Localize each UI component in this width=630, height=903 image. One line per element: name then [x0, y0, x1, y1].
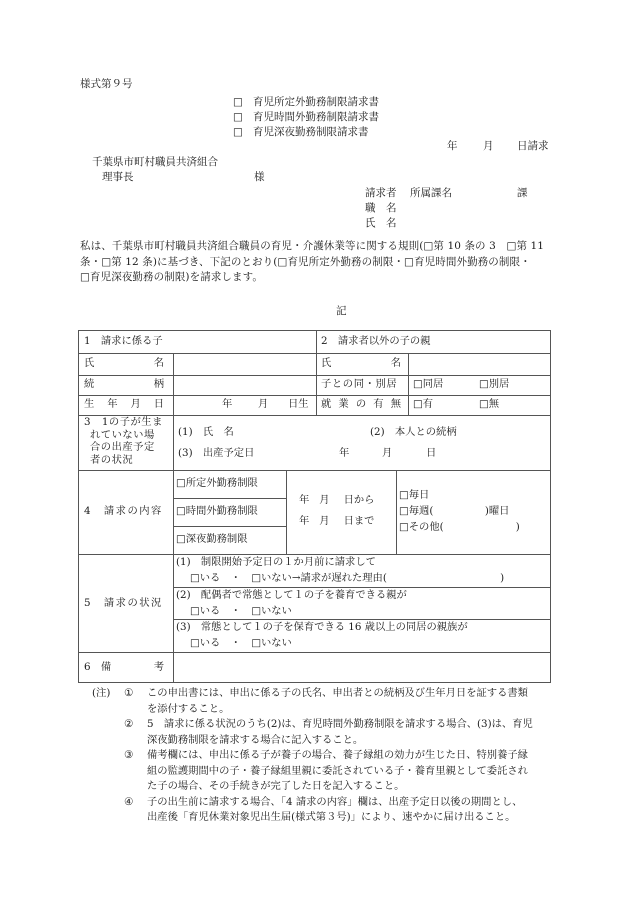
- due-date-year: 年: [339, 446, 349, 460]
- checkbox-icon[interactable]: □: [233, 125, 253, 139]
- note-marker: ①: [124, 686, 133, 702]
- period-from: 年月日から: [299, 493, 374, 507]
- frequency-daily[interactable]: □毎日: [399, 488, 429, 502]
- note-marker: ④: [124, 795, 133, 811]
- requester-label: 請求者: [365, 186, 397, 200]
- intro-paragraph: 私は、千葉県市町村職員共済組合職員の育児・介護休業等に関する規則(□第 10 条…: [80, 239, 560, 286]
- period-to: 年月日まで: [299, 514, 374, 528]
- remarks-field[interactable]: [174, 653, 549, 681]
- child-birthdate-label: 生年月日: [84, 397, 164, 411]
- position-label: 職 名: [365, 201, 397, 215]
- parent-name-label: 氏名: [321, 356, 401, 370]
- section2-heading: 2 請求者以外の子の親: [321, 334, 431, 348]
- due-date-day: 日: [426, 446, 436, 460]
- note-marker: ②: [124, 717, 133, 733]
- child-birthdate-field[interactable]: 年 月 日生: [174, 394, 313, 414]
- ki-heading: 記: [336, 303, 347, 318]
- status2-question: (2) 配偶者で常態として１の子を養育できる親が: [176, 588, 407, 602]
- type-option-night[interactable]: □深夜勤務制限: [176, 532, 248, 546]
- notes-prefix: (注): [92, 686, 110, 702]
- section1-heading: 1 請求に係る子: [84, 334, 163, 348]
- title-option-overtime-limit[interactable]: □育児所定外勤務制限請求書: [233, 95, 379, 109]
- note-marker: ③: [124, 748, 133, 764]
- type-option-overtime[interactable]: □所定外勤務制限: [176, 476, 258, 490]
- status1-answer[interactable]: □いる ・ □いない→請求が遅れた理由( ): [190, 571, 504, 585]
- status3-answer[interactable]: □いる ・ □いない: [190, 636, 292, 650]
- child-name-label: 氏名: [84, 356, 164, 370]
- date-month-label: 月: [483, 139, 494, 153]
- dept-suffix: 課: [517, 186, 528, 200]
- form-number: 様式第９号: [80, 77, 133, 91]
- section3-label: 3 1の子が生ま れていない場 合の出産予定 者の状況: [84, 416, 163, 466]
- dept-label: 所属課名: [410, 186, 452, 200]
- cohabit-label: 子との同・別居: [321, 377, 397, 391]
- due-date-label: (3) 出産予定日: [178, 446, 254, 460]
- notes-section: (注) ① この申出書には、申出に係る子の氏名、申出者との続柄及び生年月日を証す…: [80, 686, 560, 826]
- name-label: 氏 名: [365, 216, 397, 230]
- employment-option-no[interactable]: □無: [479, 397, 499, 411]
- employment-option-yes[interactable]: □有: [413, 397, 433, 411]
- status2-answer[interactable]: □いる ・ □いない: [190, 604, 292, 618]
- addressee-org: 千葉県市町村職員共済組合: [92, 155, 218, 169]
- date-day-label: 日請求: [517, 139, 549, 153]
- status1-question: (1) 制限開始予定日の１か月前に請求して: [176, 555, 376, 569]
- frequency-other[interactable]: □その他( ): [399, 520, 520, 534]
- section5-label: 5 請求の状況: [84, 596, 163, 610]
- child-relation-field[interactable]: [174, 374, 313, 394]
- section4-label: 4 請求の内容: [84, 504, 163, 518]
- child-name-field[interactable]: [174, 352, 313, 372]
- title-option-extra-hours-limit[interactable]: □育児時間外勤務制限請求書: [233, 110, 379, 124]
- section6-label: 6 備考: [84, 660, 164, 674]
- due-date-month: 月: [382, 446, 392, 460]
- cohabit-option-together[interactable]: □同居: [413, 377, 443, 391]
- type-option-extra-hours[interactable]: □時間外勤務制限: [176, 504, 258, 518]
- addressee-title: 理事長: [102, 170, 134, 184]
- frequency-weekly[interactable]: □毎週( )曜日: [399, 504, 509, 518]
- status3-question: (3) 常態として１の子を保育できる 16 歳以上の同居の親族が: [176, 620, 468, 634]
- cohabit-option-separate[interactable]: □別居: [479, 377, 509, 391]
- checkbox-icon[interactable]: □: [233, 95, 253, 109]
- employment-label: 就業の有無: [321, 397, 401, 411]
- title-option-night-limit[interactable]: □育児深夜勤務制限請求書: [233, 125, 369, 139]
- expected-child-name-label: (1) 氏 名: [178, 425, 234, 439]
- date-year-label: 年: [447, 139, 458, 153]
- addressee-honorific: 様: [254, 170, 265, 184]
- parent-name-field[interactable]: [409, 352, 549, 372]
- child-relation-label: 続柄: [84, 377, 164, 391]
- checkbox-icon[interactable]: □: [233, 110, 253, 124]
- expected-child-relation-label: (2) 本人との続柄: [370, 425, 457, 439]
